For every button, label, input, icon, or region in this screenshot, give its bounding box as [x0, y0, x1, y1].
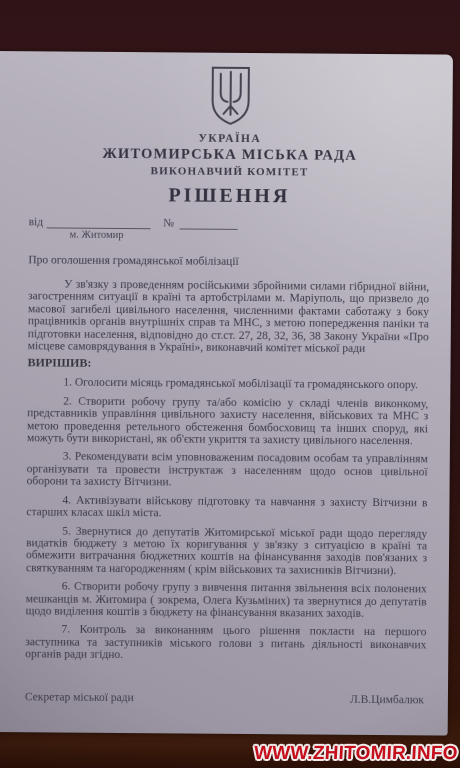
- date-label: від: [29, 216, 44, 228]
- signature-row: Секретар міської ради Л.В.Цимбалюк: [25, 691, 426, 706]
- council-title: ЖИТОМИРСЬКА МІСЬКА РАДА: [29, 145, 430, 165]
- resolution-item-1: 1. Оголосити місяць громадянської мобілі…: [27, 377, 428, 393]
- document-page: УКРАЇНА ЖИТОМИРСЬКА МІСЬКА РАДА ВИКОНАВЧ…: [0, 51, 453, 736]
- resolution-item-7: 7. Контроль за виконанням цього рішення …: [25, 624, 426, 664]
- resolution-item-6: 6. Створити робочу групу з вивчення пита…: [26, 580, 427, 620]
- document-type-title: РІШЕННЯ: [29, 183, 430, 209]
- document-subject: Про оголошення громадянської мобілізації: [28, 254, 429, 269]
- signature-name: Л.В.Цимбалюк: [350, 693, 424, 706]
- number-label: №: [163, 217, 174, 229]
- committee-title: ВИКОНАВЧИЙ КОМІТЕТ: [29, 164, 430, 179]
- signature-title: Секретар міської ради: [25, 691, 134, 704]
- country-title: УКРАЇНА: [29, 131, 430, 146]
- decision-word: ВИРІШИВ:: [27, 356, 428, 374]
- resolution-item-2: 2. Створити робочу групу та/або комісію …: [27, 395, 428, 448]
- ukraine-trident-icon: [208, 65, 252, 127]
- resolution-item-5: 5. Звернутися до депутатів Житомирської …: [26, 525, 427, 578]
- number-blank-line: [180, 216, 238, 229]
- preamble-paragraph: У зв'язку з проведенням російськими збро…: [28, 278, 430, 356]
- resolution-item-3: 3. Рекомендувати всім уповноваженим поса…: [27, 451, 428, 491]
- resolution-items: 1. Оголосити місяць громадянської мобілі…: [25, 377, 428, 664]
- city-label: м. Житомир: [45, 229, 149, 241]
- document-photo: УКРАЇНА ЖИТОМИРСЬКА МІСЬКА РАДА ВИКОНАВЧ…: [0, 0, 460, 768]
- date-blank-line: [47, 215, 151, 229]
- resolution-item-4: 4. Активізувати військову підготовку та …: [26, 494, 427, 522]
- document-header: УКРАЇНА ЖИТОМИРСЬКА МІСЬКА РАДА ВИКОНАВЧ…: [29, 63, 431, 209]
- site-watermark: WWW.ZHITOMIR.INFO: [254, 743, 459, 765]
